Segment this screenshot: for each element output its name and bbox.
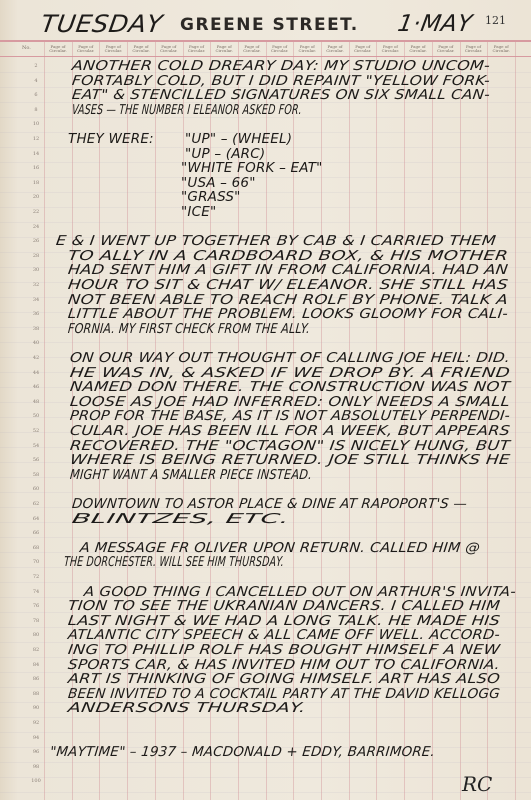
handwritten-line: ATLANTIC CITY SPEECH & ALL CAME OFF WELL…: [67, 627, 501, 643]
diary-page: TUESDAY GREENE STREET. 1·MAY 121 No. Pag…: [0, 0, 531, 800]
column-header: Page of Circular.: [296, 45, 318, 53]
handwritten-line: ART IS THINKING OF GOING HIMSELF. ART HA…: [67, 671, 501, 687]
column-header: Page of Circular.: [379, 45, 401, 53]
line-number: 70: [28, 559, 44, 565]
column-header: Page of Circular.: [130, 45, 152, 53]
line-number: 40: [28, 340, 44, 346]
line-number: 36: [28, 311, 44, 317]
line-number: 72: [28, 574, 44, 580]
line-number: 56: [28, 457, 44, 463]
line-number: 62: [28, 501, 44, 507]
printed-heading: GREENE STREET.: [180, 15, 359, 35]
handwritten-line: WHERE IS BEING RETURNED. JOE STILL THINK…: [69, 452, 511, 468]
line-number: 8: [28, 107, 44, 113]
line-number: 34: [28, 297, 44, 303]
line-number: 44: [28, 370, 44, 376]
handwritten-line: "UP" – (WHEEL): [185, 131, 292, 147]
line-number: 4: [28, 78, 44, 84]
line-number: 54: [28, 443, 44, 449]
column-header: Page of Circular.: [213, 45, 235, 53]
line-number: 64: [28, 516, 44, 522]
line-number: 38: [28, 326, 44, 332]
column-header: Page of Circular.: [269, 45, 291, 53]
handwritten-line: "GRASS": [181, 189, 241, 205]
line-number: 94: [28, 735, 44, 741]
line-number: 2: [28, 63, 44, 69]
line-number: 50: [28, 413, 44, 419]
handwritten-line: BLINTZES, ETC.: [70, 511, 291, 527]
column-header: Page of Circular.: [463, 45, 485, 53]
line-number: 10: [28, 121, 44, 127]
line-number: 52: [28, 428, 44, 434]
handwritten-line: ANOTHER COLD DREARY DAY: MY STUDIO UNCOM…: [71, 58, 491, 74]
line-number: 28: [28, 253, 44, 259]
handwritten-line: LITTLE ABOUT THE PROBLEM. LOOKS GLOOMY F…: [67, 306, 509, 322]
column-rule: [44, 42, 45, 800]
line-number: 46: [28, 384, 44, 390]
column-rule: [515, 42, 516, 800]
line-number: 80: [28, 632, 44, 638]
line-number: 96: [28, 749, 44, 755]
column-header: Page of Circular.: [75, 45, 97, 53]
line-number: 90: [28, 705, 44, 711]
handwritten-line: EAT" & STENCILLED SIGNATURES ON SIX SMAL…: [71, 87, 491, 103]
handwritten-line: THEY WERE:: [68, 131, 154, 147]
signature-initials: RC: [462, 772, 492, 796]
line-number: 14: [28, 151, 44, 157]
handwritten-line: VASES — THE NUMBER I ELEANOR ASKED FOR.: [71, 102, 302, 118]
line-number: 92: [28, 720, 44, 726]
column-no-label: No.: [22, 45, 31, 51]
handwritten-line: HAD SENT HIM A GIFT IN FROM CALIFORNIA. …: [67, 262, 509, 278]
line-number: 24: [28, 224, 44, 230]
line-number: 6: [28, 92, 44, 98]
line-number: 76: [28, 603, 44, 609]
line-number: 68: [28, 545, 44, 551]
handwritten-line: ON OUR WAY OUT THOUGHT OF CALLING JOE HE…: [69, 350, 511, 366]
handwritten-line: FORNIA. MY FIRST CHECK FROM THE ALLY.: [67, 321, 310, 337]
column-header: Page of Circular.: [490, 45, 512, 53]
handwritten-line: E & I WENT UP TOGETHER BY CAB & I CARRIE…: [55, 233, 497, 249]
line-number: 16: [28, 165, 44, 171]
column-header: Page of Circular.: [158, 45, 180, 53]
line-number: 22: [28, 209, 44, 215]
line-number: 74: [28, 589, 44, 595]
entry-date: 1·MAY: [396, 11, 475, 37]
handwritten-line: "UP – (ARC): [185, 146, 265, 162]
line-number: 60: [28, 486, 44, 492]
handwritten-line: "ICE": [181, 204, 216, 220]
line-number: 66: [28, 530, 44, 536]
column-header: Page of Circular.: [352, 45, 374, 53]
handwritten-line: MIGHT WANT A SMALLER PIECE INSTEAD.: [69, 467, 312, 483]
line-number: 82: [28, 647, 44, 653]
line-number: 20: [28, 194, 44, 200]
column-header: Page of Circular.: [324, 45, 346, 53]
column-header: Page of Circular.: [241, 45, 263, 53]
line-number: 58: [28, 472, 44, 478]
day-of-week: TUESDAY: [39, 10, 165, 38]
column-header: Page of Circular.: [186, 45, 208, 53]
line-number: 18: [28, 180, 44, 186]
line-number: 32: [28, 282, 44, 288]
handwritten-line: ING TO PHILLIP ROLF HAS BOUGHT HIMSELF A…: [67, 642, 501, 658]
line-number: 42: [28, 355, 44, 361]
handwritten-line: PROP FOR THE BASE, AS IT IS NOT ABSOLUTE…: [69, 408, 511, 424]
handwritten-line: TION TO SEE THE UKRANIAN DANCERS. I CALL…: [67, 598, 501, 614]
column-header: Page of Circular.: [102, 45, 124, 53]
line-number: 98: [28, 764, 44, 770]
line-number: 84: [28, 662, 44, 668]
line-number: 78: [28, 618, 44, 624]
line-number: 30: [28, 267, 44, 273]
column-header: Page of Circular.: [435, 45, 457, 53]
line-number: 12: [28, 136, 44, 142]
handwritten-line: THE DORCHESTER. WILL SEE HIM THURSDAY.: [63, 554, 284, 570]
handwritten-line: "USA – 66": [181, 175, 256, 191]
line-number: 48: [28, 399, 44, 405]
column-header: Page of Circular.: [47, 45, 69, 53]
handwritten-line: "MAYTIME" – 1937 – MACDONALD + EDDY, BAR…: [49, 744, 436, 760]
handwritten-line: CULAR. JOE HAS BEEN ILL FOR A WEEK, BUT …: [69, 423, 511, 439]
handwritten-line: "WHITE FORK – EAT": [181, 160, 323, 176]
line-number: 26: [28, 238, 44, 244]
handwritten-line: ANDERSONS THURSDAY.: [67, 700, 307, 716]
column-header: Page of Circular.: [407, 45, 429, 53]
handwritten-line: DOWNTOWN TO ASTOR PLACE & DINE AT RAPOPO…: [71, 496, 468, 512]
line-number: 100: [28, 778, 44, 784]
page-header: TUESDAY GREENE STREET. 1·MAY 121: [0, 0, 531, 40]
handwritten-line: HOUR TO SIT & CHAT W/ ELEANOR. SHE STILL…: [67, 277, 509, 293]
line-number: 86: [28, 676, 44, 682]
handwritten-line: NAMED DON THERE. THE CONSTRUCTION WAS NO…: [69, 379, 511, 395]
page-number: 121: [485, 14, 506, 27]
line-number: 88: [28, 691, 44, 697]
